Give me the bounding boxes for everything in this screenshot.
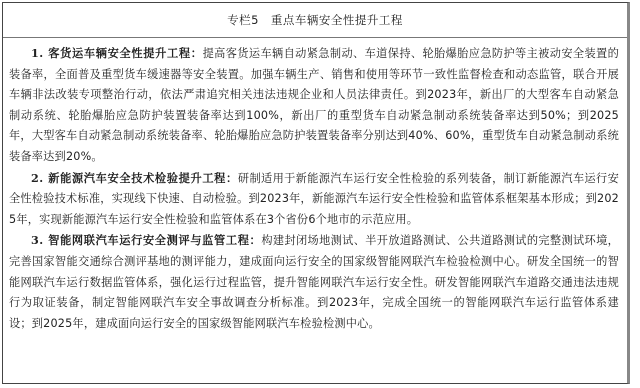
item-paragraph: 1. 客货运车辆安全性提升工程：提高客货运车辆自动紧急制动、车道保持、轮胎爆胎应… xyxy=(9,43,619,168)
item-heading: 3. 智能网联汽车运行安全测评与监管工程： xyxy=(31,233,261,247)
box-title: 专栏5 重点车辆安全性提升工程 xyxy=(3,3,627,38)
item-body: 构建封闭场地测试、半开放道路测试、公共道路测试的完整测试环境，完善国家智能交通综… xyxy=(9,234,619,329)
box-title-text: 重点车辆安全性提升工程 xyxy=(271,12,403,28)
box-tag: 专栏5 xyxy=(227,12,259,28)
item-heading: 2. 新能源汽车安全技术检验提升工程： xyxy=(31,171,238,185)
item-paragraph: 3. 智能网联汽车运行安全测评与监管工程：构建封闭场地测试、半开放道路测试、公共… xyxy=(9,230,619,334)
item-body: 提高客货运车辆自动紧急制动、车道保持、轮胎爆胎应急防护等主被动安全装置的装备率，… xyxy=(9,47,619,163)
feature-box: 专栏5 重点车辆安全性提升工程 1. 客货运车辆安全性提升工程：提高客货运车辆自… xyxy=(2,2,630,384)
item-heading: 1. 客货运车辆安全性提升工程： xyxy=(31,46,203,60)
item-paragraph: 2. 新能源汽车安全技术检验提升工程：研制适用于新能源汽车运行安全性检验的系列装… xyxy=(9,168,619,231)
box-content: 1. 客货运车辆安全性提升工程：提高客货运车辆自动紧急制动、车道保持、轮胎爆胎应… xyxy=(3,38,627,334)
